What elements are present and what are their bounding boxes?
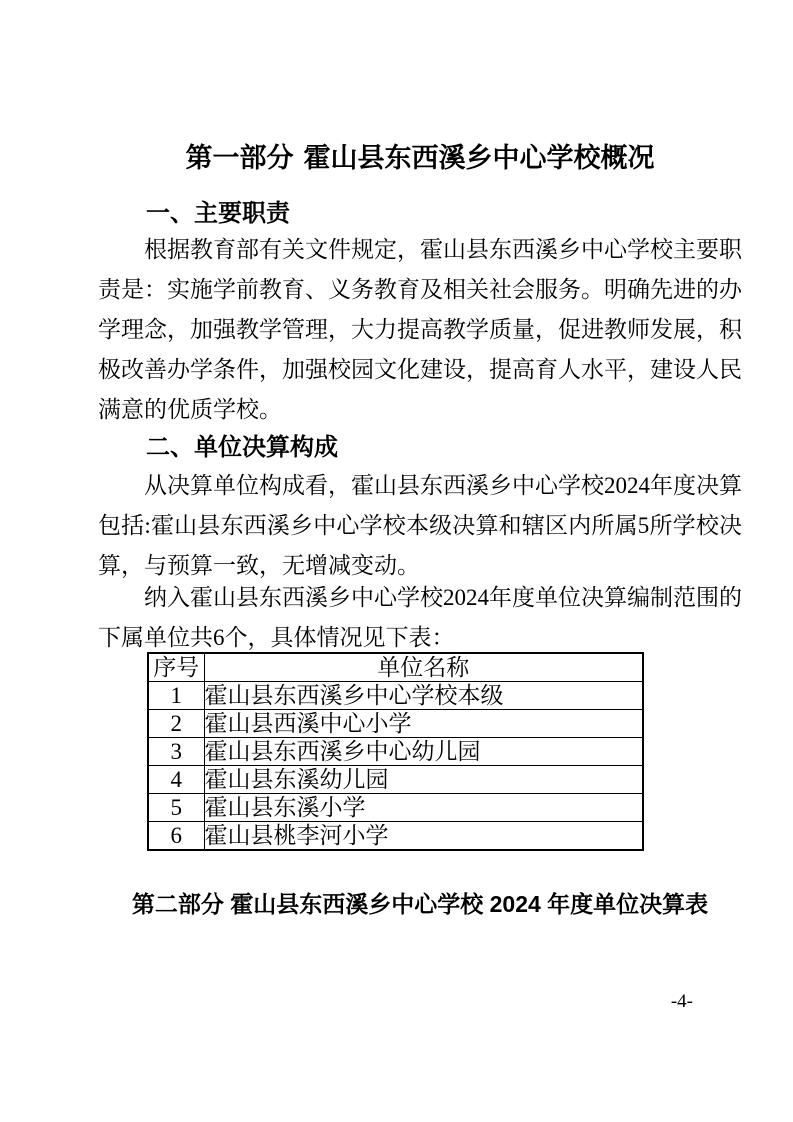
part1-title-school-name: 霍山县东西溪乡中心学校 — [304, 143, 601, 173]
part1-title-prefix: 第一部分 — [186, 143, 294, 173]
table-cell-unit-name: 霍山县东溪小学 — [204, 794, 643, 822]
units-table-body: 1霍山县东西溪乡中心学校本级2霍山县西溪中心小学3霍山县东西溪乡中心幼儿园4霍山… — [148, 682, 643, 851]
part2-heading: 第二部分 霍山县东西溪乡中心学校 2024 年度单位决算表 — [98, 889, 742, 919]
section2-heading: 二、单位决算构成 — [98, 430, 742, 466]
table-row: 5霍山县东溪小学 — [148, 794, 643, 822]
page-content: 第一部分霍山县东西溪乡中心学校概况 一、主要职责 根据教育部有关文件规定，霍山县… — [98, 0, 742, 919]
section1-heading: 一、主要职责 — [98, 198, 742, 230]
table-cell-index: 5 — [148, 794, 204, 822]
table-header-index: 序号 — [148, 653, 204, 682]
subordinate-units-table: 序号 单位名称 1霍山县东西溪乡中心学校本级2霍山县西溪中心小学3霍山县东西溪乡… — [147, 652, 644, 851]
table-cell-index: 4 — [148, 766, 204, 794]
table-cell-unit-name: 霍山县西溪中心小学 — [204, 710, 643, 738]
document-page: 第一部分霍山县东西溪乡中心学校概况 一、主要职责 根据教育部有关文件规定，霍山县… — [0, 0, 793, 1122]
table-cell-unit-name: 霍山县东西溪乡中心幼儿园 — [204, 738, 643, 766]
table-cell-index: 1 — [148, 682, 204, 710]
table-cell-index: 6 — [148, 822, 204, 851]
part1-title: 第一部分霍山县东西溪乡中心学校概况 — [98, 140, 742, 176]
table-row: 3霍山县东西溪乡中心幼儿园 — [148, 738, 643, 766]
table-row: 4霍山县东溪幼儿园 — [148, 766, 643, 794]
table-cell-unit-name: 霍山县东溪幼儿园 — [204, 766, 643, 794]
part1-title-suffix: 概况 — [601, 143, 655, 173]
table-cell-unit-name: 霍山县东西溪乡中心学校本级 — [204, 682, 643, 710]
table-row: 2霍山县西溪中心小学 — [148, 710, 643, 738]
table-cell-index: 3 — [148, 738, 204, 766]
page-number: -4- — [671, 990, 693, 1014]
section2-paragraph-1: 从决算单位构成看，霍山县东西溪乡中心学校2024年度决算包括:霍山县东西溪乡中心… — [98, 466, 742, 586]
section2-paragraph-2: 纳入霍山县东西溪乡中心学校2024年度单位决算编制范围的下属单位共6个，具体情况… — [98, 578, 742, 658]
section1-paragraph: 根据教育部有关文件规定，霍山县东西溪乡中心学校主要职责是：实施学前教育、义务教育… — [98, 230, 742, 430]
table-cell-index: 2 — [148, 710, 204, 738]
table-row: 1霍山县东西溪乡中心学校本级 — [148, 682, 643, 710]
table-row: 6霍山县桃李河小学 — [148, 822, 643, 851]
table-cell-unit-name: 霍山县桃李河小学 — [204, 822, 643, 851]
